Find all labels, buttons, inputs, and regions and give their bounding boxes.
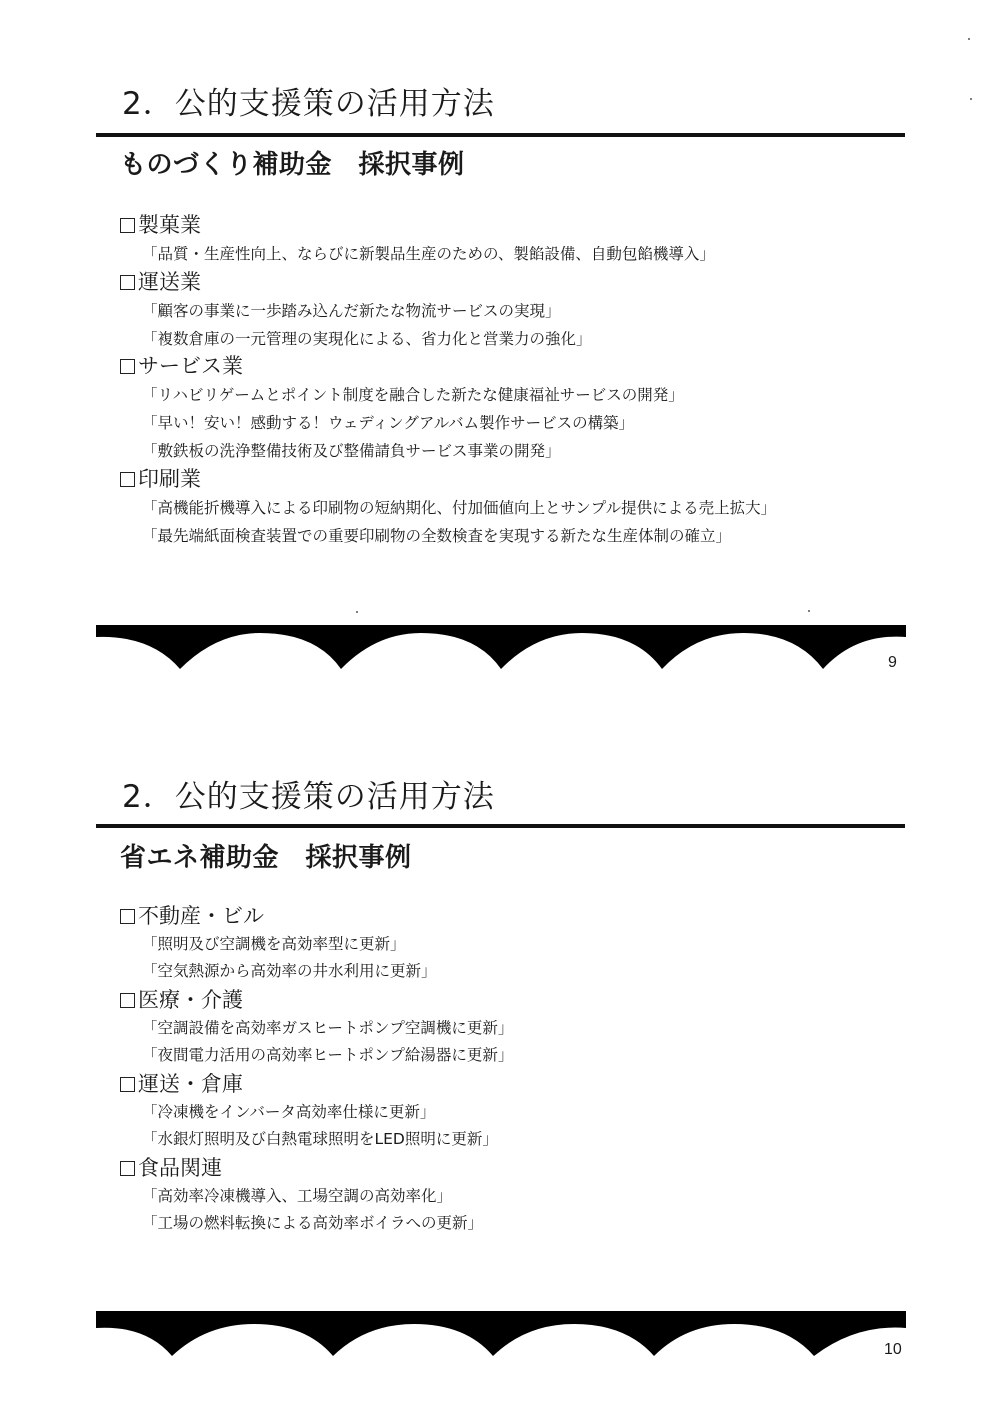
checkbox-square-icon [120,909,135,924]
list-item: 「顧客の事業に一歩踏み込んだ新たな物流サービスの実現」 [142,304,561,320]
list-item: 「水銀灯照明及び白熱電球照明をLED照明に更新」 [142,1132,498,1148]
category-heading: 食品関連 [120,1158,222,1179]
category-label: 運送・倉庫 [138,1072,243,1096]
slide-page-9: 2．公的支援策の活用方法 ものづくり補助金 採択事例 製菓業 「品質・生産性向上… [0,0,1000,707]
category-heading: 運送業 [120,272,201,293]
list-item: 「品質・生産性向上、ならびに新製品生産のための、製餡設備、自動包餡機導入」 [142,247,715,263]
list-item: 「夜間電力活用の高効率ヒートポンプ給湯器に更新」 [142,1048,513,1064]
category-heading: 運送・倉庫 [120,1074,243,1095]
category-heading: 不動産・ビル [120,906,264,927]
page-title: 2．公的支援策の活用方法 [122,782,495,813]
category-label: 医療・介護 [138,988,243,1012]
scan-speck [968,38,970,40]
scan-speck [356,611,358,613]
category-label: 食品関連 [138,1156,222,1180]
list-item: 「敷鉄板の洗浄整備技術及び整備請負サービス事業の開発」 [142,444,561,460]
list-item: 「高効率冷凍機導入、工場空調の高効率化」 [142,1189,452,1205]
page-number: 9 [888,654,897,672]
checkbox-square-icon [120,1077,135,1092]
category-label: 不動産・ビル [138,904,264,928]
list-item: 「複数倉庫の一元管理の実現化による、省力化と営業力の強化」 [142,332,592,348]
slide-page-10: 2．公的支援策の活用方法 省エネ補助金 採択事例 不動産・ビル 「照明及び空調機… [0,707,1000,1415]
title-underline [96,133,905,137]
list-item: 「高機能折機導入による印刷物の短納期化、付加価値向上とサンプル提供による売上拡大… [142,501,776,517]
category-label: 印刷業 [138,467,201,491]
scalloped-footer-banner [96,1311,906,1357]
page-subtitle: 省エネ補助金 採択事例 [120,845,412,871]
list-item: 「工場の燃料転換による高効率ボイラへの更新」 [142,1216,483,1232]
category-heading: サービス業 [120,356,243,377]
checkbox-square-icon [120,218,135,233]
list-item: 「空調設備を高効率ガスヒートポンプ空調機に更新」 [142,1021,513,1037]
page-title: 2．公的支援策の活用方法 [122,89,495,120]
checkbox-square-icon [120,993,135,1008]
page-number: 10 [884,1341,902,1359]
list-item: 「照明及び空調機を高効率型に更新」 [142,937,406,953]
scan-speck [970,98,972,100]
category-heading: 印刷業 [120,469,201,490]
category-label: サービス業 [138,354,243,378]
list-item: 「空気熱源から高効率の井水利用に更新」 [142,964,437,980]
list-item: 「最先端紙面検査装置での重要印刷物の全数検査を実現する新たな生産体制の確立」 [142,529,731,545]
page-subtitle: ものづくり補助金 採択事例 [120,152,465,178]
list-item: 「リハビリゲームとポイント制度を融合した新たな健康福祉サービスの開発」 [142,388,684,404]
list-item: 「冷凍機をインバータ高効率仕様に更新」 [142,1105,435,1121]
checkbox-square-icon [120,472,135,487]
checkbox-square-icon [120,359,135,374]
checkbox-square-icon [120,275,135,290]
category-heading: 製菓業 [120,215,201,236]
category-heading: 医療・介護 [120,990,243,1011]
scan-speck [808,610,810,612]
title-underline [96,824,905,828]
checkbox-square-icon [120,1161,135,1176]
category-label: 運送業 [138,270,201,294]
list-item: 「早い！安い！感動する！ウェディングアルバム製作サービスの構築」 [142,416,634,432]
category-label: 製菓業 [138,213,201,237]
scalloped-footer-banner [96,625,906,671]
